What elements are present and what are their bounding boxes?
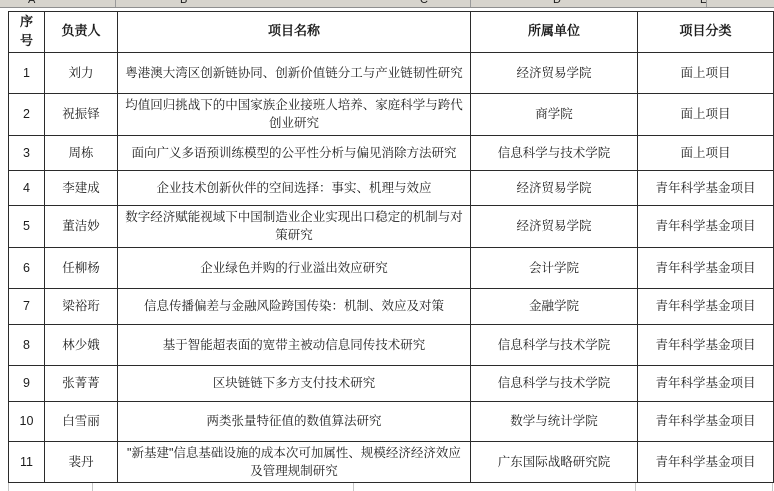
table-row: 11裴丹"新基建"信息基础设施的成本次可加属性、规模经济经济效应及管理规制研究广… [9,441,774,482]
column-letter[interactable]: B [180,0,187,6]
cell-affiliated-unit[interactable]: 广东国际战略研究院 [471,441,638,482]
cell-affiliated-unit[interactable]: 信息科学与技术学院 [471,324,638,365]
cell-serial-number[interactable]: 10 [9,401,45,441]
gridline [772,483,773,491]
cell-project-name[interactable]: 基于智能超表面的宽带主被动信息同传技术研究 [118,324,471,365]
cell-project-category[interactable]: 青年科学基金项目 [638,401,774,441]
cell-project-category[interactable]: 青年科学基金项目 [638,324,774,365]
cell-project-category[interactable]: 青年科学基金项目 [638,205,774,247]
cell-project-category[interactable]: 青年科学基金项目 [638,247,774,288]
cell-project-name[interactable]: 企业技术创新伙伴的空间选择：事实、机理与效应 [118,170,471,205]
cell-serial-number[interactable]: 5 [9,205,45,247]
cell-affiliated-unit[interactable]: 数学与统计学院 [471,401,638,441]
column-letter[interactable]: D [553,0,561,6]
gridline [115,0,116,7]
gridline [353,483,354,491]
cell-affiliated-unit[interactable]: 会计学院 [471,247,638,288]
cell-project-name[interactable]: 区块链链下多方支付技术研究 [118,365,471,401]
cell-project-name[interactable]: 面向广义多语预训练模型的公平性分析与偏见消除方法研究 [118,135,471,170]
cell-person-in-charge[interactable]: 林少娥 [45,324,118,365]
cell-project-name[interactable]: 企业绿色并购的行业溢出效应研究 [118,247,471,288]
cell-person-in-charge[interactable]: 梁裕珩 [45,288,118,324]
gridline [8,483,9,491]
table-row: 9张菁菁区块链链下多方支付技术研究信息科学与技术学院青年科学基金项目 [9,365,774,401]
cell-affiliated-unit[interactable]: 经济贸易学院 [471,170,638,205]
cell-project-name[interactable]: 信息传播偏差与金融风险跨国传染：机制、效应及对策 [118,288,471,324]
cell-person-in-charge[interactable]: 周栋 [45,135,118,170]
gridline [470,0,471,7]
cell-person-in-charge[interactable]: 刘力 [45,52,118,93]
column-letter[interactable]: A [28,0,35,6]
cell-affiliated-unit[interactable]: 金融学院 [471,288,638,324]
cell-person-in-charge[interactable]: 张菁菁 [45,365,118,401]
cell-serial-number[interactable]: 9 [9,365,45,401]
table-row: 8林少娥基于智能超表面的宽带主被动信息同传技术研究信息科学与技术学院青年科学基金… [9,324,774,365]
spreadsheet-column-header-strip: A B C D E [0,0,774,8]
cell-person-in-charge[interactable]: 白雪丽 [45,401,118,441]
cell-person-in-charge[interactable]: 董洁妙 [45,205,118,247]
table-row: 1刘力粤港澳大湾区创新链协同、创新价值链分工与产业链韧性研究经济贸易学院面上项目 [9,52,774,93]
cell-project-category[interactable]: 面上项目 [638,135,774,170]
table-row: 4李建成企业技术创新伙伴的空间选择：事实、机理与效应经济贸易学院青年科学基金项目 [9,170,774,205]
cell-person-in-charge[interactable]: 裴丹 [45,441,118,482]
cell-serial-number[interactable]: 8 [9,324,45,365]
cell-affiliated-unit[interactable]: 商学院 [471,93,638,135]
cell-serial-number[interactable]: 7 [9,288,45,324]
cell-person-in-charge[interactable]: 祝振铎 [45,93,118,135]
table-row: 7梁裕珩信息传播偏差与金融风险跨国传染：机制、效应及对策金融学院青年科学基金项目 [9,288,774,324]
header-project-category[interactable]: 项目分类 [638,12,774,53]
table-row: 2祝振铎均值回归挑战下的中国家族企业接班人培养、家庭科学与跨代创业研究商学院面上… [9,93,774,135]
cell-project-category[interactable]: 青年科学基金项目 [638,288,774,324]
gridline [706,0,707,7]
cell-project-name[interactable]: "新基建"信息基础设施的成本次可加属性、规模经济经济效应及管理规制研究 [118,441,471,482]
table-row: 10白雪丽两类张量特征值的数值算法研究数学与统计学院青年科学基金项目 [9,401,774,441]
cell-person-in-charge[interactable]: 任柳杨 [45,247,118,288]
cell-project-name[interactable]: 两类张量特征值的数值算法研究 [118,401,471,441]
header-serial-number[interactable]: 序号 [9,12,45,53]
cell-project-category[interactable]: 青年科学基金项目 [638,365,774,401]
cell-project-category[interactable]: 青年科学基金项目 [638,441,774,482]
column-letter[interactable]: C [420,0,428,6]
header-row: 序号 负责人 项目名称 所属单位 项目分类 [9,12,774,53]
partial-next-row [0,483,774,491]
cell-affiliated-unit[interactable]: 信息科学与技术学院 [471,135,638,170]
cell-serial-number[interactable]: 6 [9,247,45,288]
cell-project-name[interactable]: 粤港澳大湾区创新链协同、创新价值链分工与产业链韧性研究 [118,52,471,93]
gridline [635,483,636,491]
gridline [92,483,93,491]
header-affiliated-unit[interactable]: 所属单位 [471,12,638,53]
cell-person-in-charge[interactable]: 李建成 [45,170,118,205]
cell-serial-number[interactable]: 2 [9,93,45,135]
cell-affiliated-unit[interactable]: 经济贸易学院 [471,52,638,93]
cell-project-category[interactable]: 青年科学基金项目 [638,170,774,205]
cell-serial-number[interactable]: 1 [9,52,45,93]
table-row: 6任柳杨企业绿色并购的行业溢出效应研究会计学院青年科学基金项目 [9,247,774,288]
project-table: 序号 负责人 项目名称 所属单位 项目分类 1刘力粤港澳大湾区创新链协同、创新价… [8,11,774,483]
table-row: 5董洁妙数字经济赋能视域下中国制造业企业实现出口稳定的机制与对策研究经济贸易学院… [9,205,774,247]
cell-affiliated-unit[interactable]: 经济贸易学院 [471,205,638,247]
table-row: 3周栋面向广义多语预训练模型的公平性分析与偏见消除方法研究信息科学与技术学院面上… [9,135,774,170]
cell-project-category[interactable]: 面上项目 [638,93,774,135]
cell-project-category[interactable]: 面上项目 [638,52,774,93]
header-project-name[interactable]: 项目名称 [118,12,471,53]
cell-affiliated-unit[interactable]: 信息科学与技术学院 [471,365,638,401]
cell-serial-number[interactable]: 3 [9,135,45,170]
cell-project-name[interactable]: 均值回归挑战下的中国家族企业接班人培养、家庭科学与跨代创业研究 [118,93,471,135]
header-person-in-charge[interactable]: 负责人 [45,12,118,53]
cell-serial-number[interactable]: 4 [9,170,45,205]
cell-project-name[interactable]: 数字经济赋能视域下中国制造业企业实现出口稳定的机制与对策研究 [118,205,471,247]
cell-serial-number[interactable]: 11 [9,441,45,482]
